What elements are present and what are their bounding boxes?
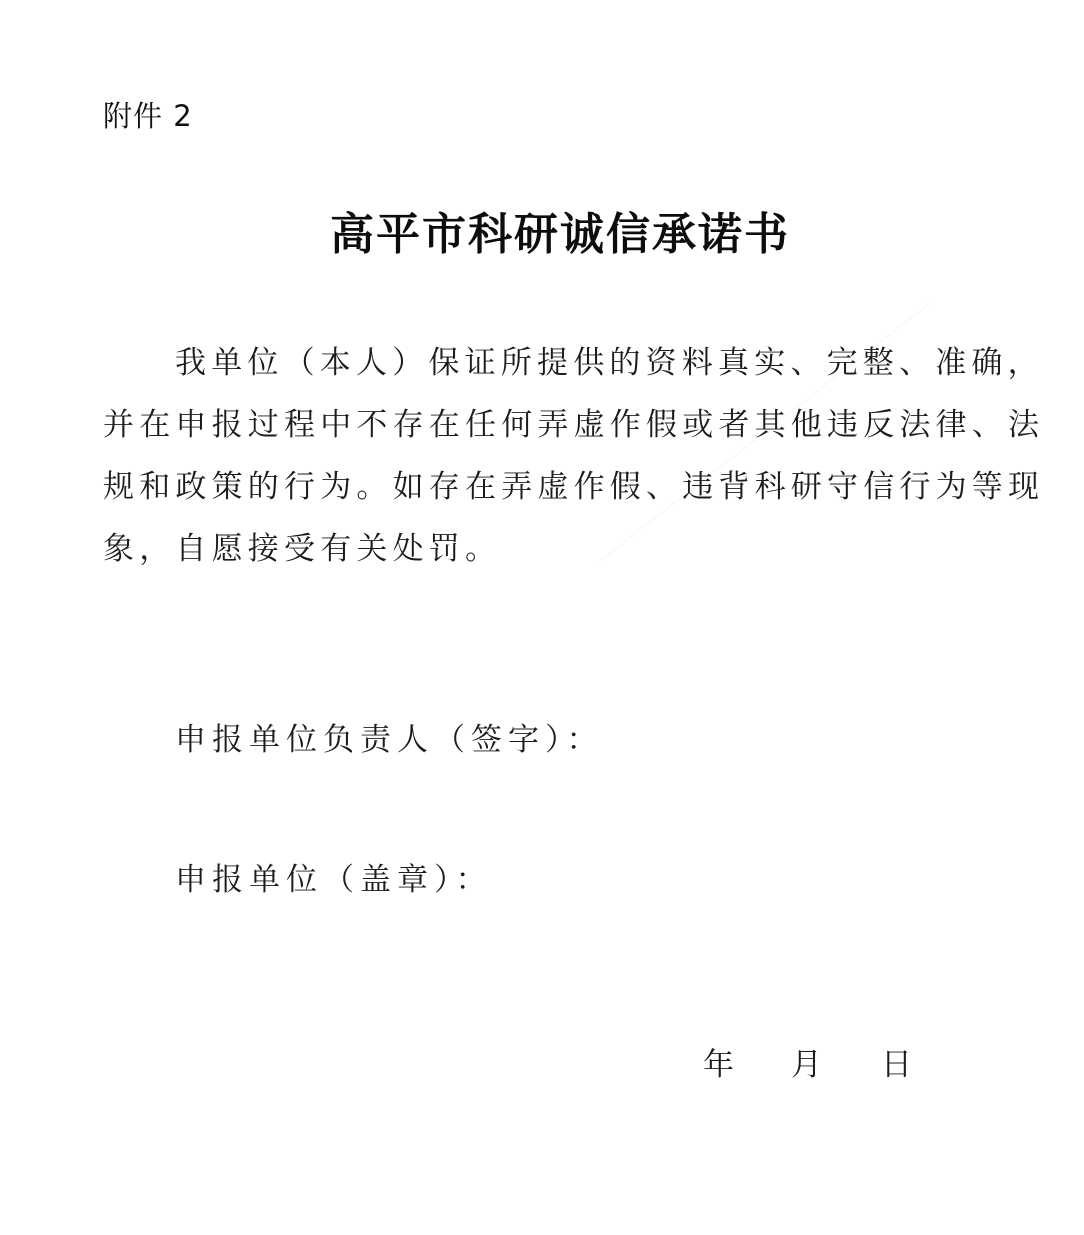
attachment-label: 附件 2 bbox=[103, 96, 193, 136]
date-month-label: 月 bbox=[791, 1045, 881, 1085]
date-year-label: 年 bbox=[703, 1045, 791, 1085]
date-day-label: 日 bbox=[881, 1045, 921, 1085]
responsible-person-signature-label: 申报单位负责人（签字）： bbox=[175, 720, 604, 760]
document-page: 附件 2 高平市科研诚信承诺书 我单位（本人）保证所提供的资料真实、完整、准确，… bbox=[0, 0, 1084, 1235]
document-title: 高平市科研诚信承诺书 bbox=[0, 205, 1084, 265]
body-paragraph-line-2: 并在申报过程中不存在任何弄虚作假或者其他违反法律、法 bbox=[103, 405, 1023, 445]
unit-seal-label: 申报单位（盖章）： bbox=[175, 860, 493, 900]
date-line: 年 月 日 bbox=[703, 1045, 921, 1085]
body-paragraph-line-1: 我单位（本人）保证所提供的资料真实、完整、准确， bbox=[175, 343, 1084, 383]
body-paragraph-line-3: 规和政策的行为。如存在弄虚作假、违背科研守信行为等现 bbox=[103, 467, 1023, 507]
body-paragraph-line-4: 象，自愿接受有关处罚。 bbox=[103, 529, 1023, 569]
